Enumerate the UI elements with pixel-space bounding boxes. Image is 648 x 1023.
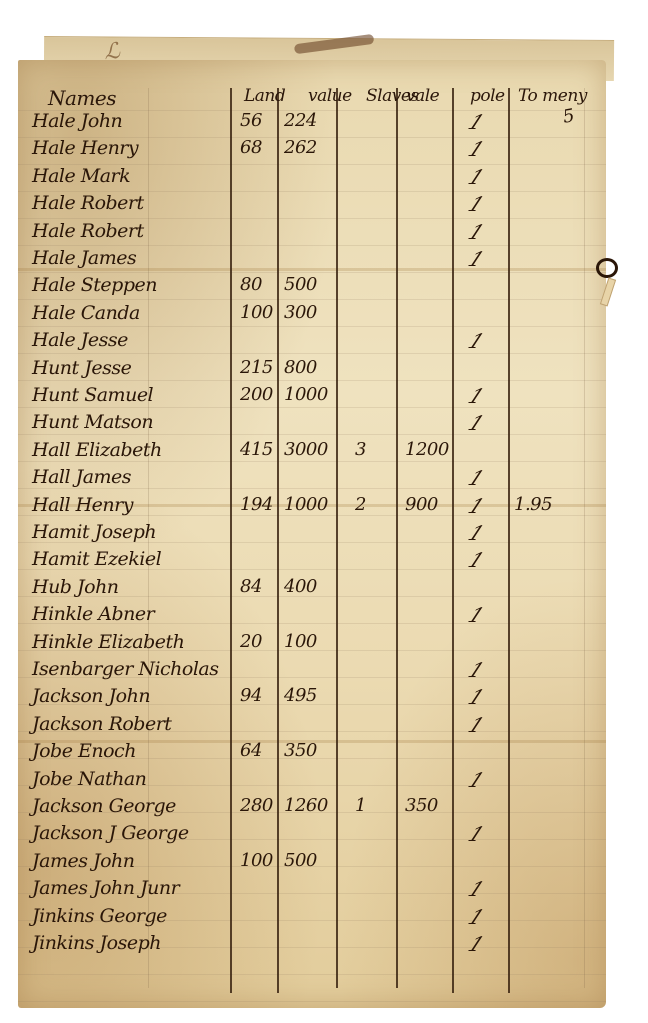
cell-poll: 1 <box>464 768 487 792</box>
cell-poll: 1 <box>464 521 487 545</box>
cell-name: Hunt Jesse <box>32 357 131 379</box>
header-value: value <box>308 86 352 106</box>
ledger-row: Isenbarger Nicholas1 <box>18 658 606 685</box>
cell-name: Hale Canda <box>32 302 140 324</box>
cell-poll: 1 <box>464 685 487 709</box>
ledger-row: Jobe Nathan1 <box>18 768 606 795</box>
cell-poll: 1 <box>464 658 487 682</box>
cell-value: 300 <box>284 302 317 323</box>
cell-value: 1000 <box>284 494 328 515</box>
cell-poll: 1 <box>464 192 487 216</box>
cell-slave-value: 350 <box>405 795 438 816</box>
cell-land: 280 <box>240 795 273 816</box>
cell-slaves: 2 <box>355 494 366 515</box>
cell-land: 84 <box>240 576 262 597</box>
cell-name: Hale Robert <box>32 220 144 242</box>
cell-name: Hale Robert <box>32 192 144 214</box>
cell-poll: 1 <box>464 603 487 627</box>
ledger-row: Jackson John944951 <box>18 685 606 712</box>
ledger-row: Hall Elizabeth415300031200 <box>18 439 606 466</box>
cell-poll: 1 <box>464 247 487 271</box>
cell-name: Jobe Nathan <box>32 768 146 790</box>
cell-value: 100 <box>284 631 317 652</box>
ledger-row: Hinkle Abner1 <box>18 603 606 630</box>
cell-name: Jackson George <box>32 795 176 817</box>
cell-name: Hamit Joseph <box>32 521 156 543</box>
cell-poll: 1 <box>464 411 487 435</box>
cell-land: 80 <box>240 274 262 295</box>
cell-value: 262 <box>284 137 317 158</box>
cell-name: Hall Elizabeth <box>32 439 162 461</box>
ledger-row: Hall Henry1941000290011.95 <box>18 494 606 521</box>
cell-poll: 1 <box>464 384 487 408</box>
ledger-row: James John Junr1 <box>18 877 606 904</box>
ledger-row: Jinkins George1 <box>18 905 606 932</box>
cell-slave-value: 1200 <box>405 439 449 460</box>
cell-land: 215 <box>240 357 273 378</box>
cell-name: Hale James <box>32 247 136 269</box>
ledger-row: Hale Canda100300 <box>18 302 606 329</box>
cell-name: Hinkle Abner <box>32 603 154 625</box>
ledger-row: Jobe Enoch64350 <box>18 740 606 767</box>
cell-poll: 1 <box>464 548 487 572</box>
cell-name: Jinkins George <box>32 905 167 927</box>
ledger-row: Jackson J George1 <box>18 822 606 849</box>
cell-value: 500 <box>284 274 317 295</box>
ledger-row: Hale John562241 <box>18 110 606 137</box>
ledger-row: Hale Robert1 <box>18 192 606 219</box>
cell-slave-value: 900 <box>405 494 438 515</box>
cell-name: Hale John <box>32 110 122 132</box>
cell-name: Hall James <box>32 466 131 488</box>
ledger-row: Hamit Ezekiel1 <box>18 548 606 575</box>
cell-value: 500 <box>284 850 317 871</box>
cell-value: 3000 <box>284 439 328 460</box>
cell-value: 350 <box>284 740 317 761</box>
ledger-row: Jinkins Joseph1 <box>18 932 606 959</box>
cell-name: Hall Henry <box>32 494 133 516</box>
ledger-row: Hub John84400 <box>18 576 606 603</box>
cell-poll: 1 <box>464 165 487 189</box>
cell-land: 415 <box>240 439 273 460</box>
ledger-row: Hale Henry682621 <box>18 137 606 164</box>
cell-land: 20 <box>240 631 262 652</box>
ruled-line <box>18 974 606 975</box>
ledger-row: Hale Steppen80500 <box>18 274 606 301</box>
ledger-row: Hunt Samuel20010001 <box>18 384 606 411</box>
ledger-row: Hale Mark1 <box>18 165 606 192</box>
cell-value: 495 <box>284 685 317 706</box>
ledger-row: Jackson George28012601350 <box>18 795 606 822</box>
cell-land: 100 <box>240 302 273 323</box>
ledger-page: Names Land value Slaves vale pole To men… <box>18 60 606 1008</box>
header-names: Names <box>48 86 116 110</box>
cell-poll: 1 <box>464 110 487 134</box>
cell-land: 68 <box>240 137 262 158</box>
cell-name: James John <box>32 850 135 872</box>
cell-land: 194 <box>240 494 273 515</box>
header-land: Land <box>244 86 285 106</box>
cell-poll: 1 <box>464 466 487 490</box>
cell-slaves: 1 <box>355 795 366 816</box>
cell-name: Jackson J George <box>32 822 189 844</box>
cell-name: Isenbarger Nicholas <box>32 658 219 680</box>
cell-value: 1260 <box>284 795 328 816</box>
cell-poll: 1 <box>464 329 487 353</box>
ledger-row: Hamit Joseph1 <box>18 521 606 548</box>
cell-land: 56 <box>240 110 262 131</box>
cell-land: 64 <box>240 740 262 761</box>
cell-poll: 1 <box>464 822 487 846</box>
cell-name: Hale Mark <box>32 165 130 187</box>
header-slave-value: vale <box>406 86 439 106</box>
cell-money: 1.95 <box>514 494 552 515</box>
header-money: To meny <box>518 86 587 106</box>
header-poll: pole <box>470 86 505 106</box>
cell-value: 1000 <box>284 384 328 405</box>
cell-slaves: 3 <box>355 439 366 460</box>
cell-land: 100 <box>240 850 273 871</box>
ledger-row: Hale Robert1 <box>18 220 606 247</box>
cell-value: 224 <box>284 110 317 131</box>
cell-name: Jackson John <box>32 685 150 707</box>
ledger-row: Hall James1 <box>18 466 606 493</box>
cell-name: Jackson Robert <box>32 713 171 735</box>
cell-poll: 1 <box>464 932 487 956</box>
cell-name: James John Junr <box>32 877 179 899</box>
cell-name: Hale Jesse <box>32 329 128 351</box>
cell-land: 94 <box>240 685 262 706</box>
cell-name: Hale Henry <box>32 137 138 159</box>
cell-name: Hunt Samuel <box>32 384 153 406</box>
cell-name: Hub John <box>32 576 119 598</box>
cell-poll: 1 <box>464 877 487 901</box>
cell-poll: 1 <box>464 137 487 161</box>
ledger-row: Jackson Robert1 <box>18 713 606 740</box>
cell-value: 400 <box>284 576 317 597</box>
ledger-row: Hinkle Elizabeth20100 <box>18 631 606 658</box>
back-sheet-ink-stroke <box>294 34 375 54</box>
cell-poll: 1 <box>464 220 487 244</box>
cell-land: 200 <box>240 384 273 405</box>
cell-name: Hunt Matson <box>32 411 153 433</box>
cell-poll: 1 <box>464 494 487 518</box>
cell-name: Jobe Enoch <box>32 740 136 762</box>
ledger-row: James John100500 <box>18 850 606 877</box>
ledger-row: Hunt Matson1 <box>18 411 606 438</box>
ruled-line <box>18 1001 606 1002</box>
cell-name: Hamit Ezekiel <box>32 548 161 570</box>
binding-string-knot <box>596 258 618 278</box>
ledger-row: Hunt Jesse215800 <box>18 357 606 384</box>
cell-poll: 1 <box>464 905 487 929</box>
cell-value: 800 <box>284 357 317 378</box>
cell-poll: 1 <box>464 713 487 737</box>
cell-name: Hale Steppen <box>32 274 157 296</box>
cell-name: Jinkins Joseph <box>32 932 161 954</box>
cell-name: Hinkle Elizabeth <box>32 631 184 653</box>
ledger-row: Hale James1 <box>18 247 606 274</box>
ledger-row: Hale Jesse1 <box>18 329 606 356</box>
